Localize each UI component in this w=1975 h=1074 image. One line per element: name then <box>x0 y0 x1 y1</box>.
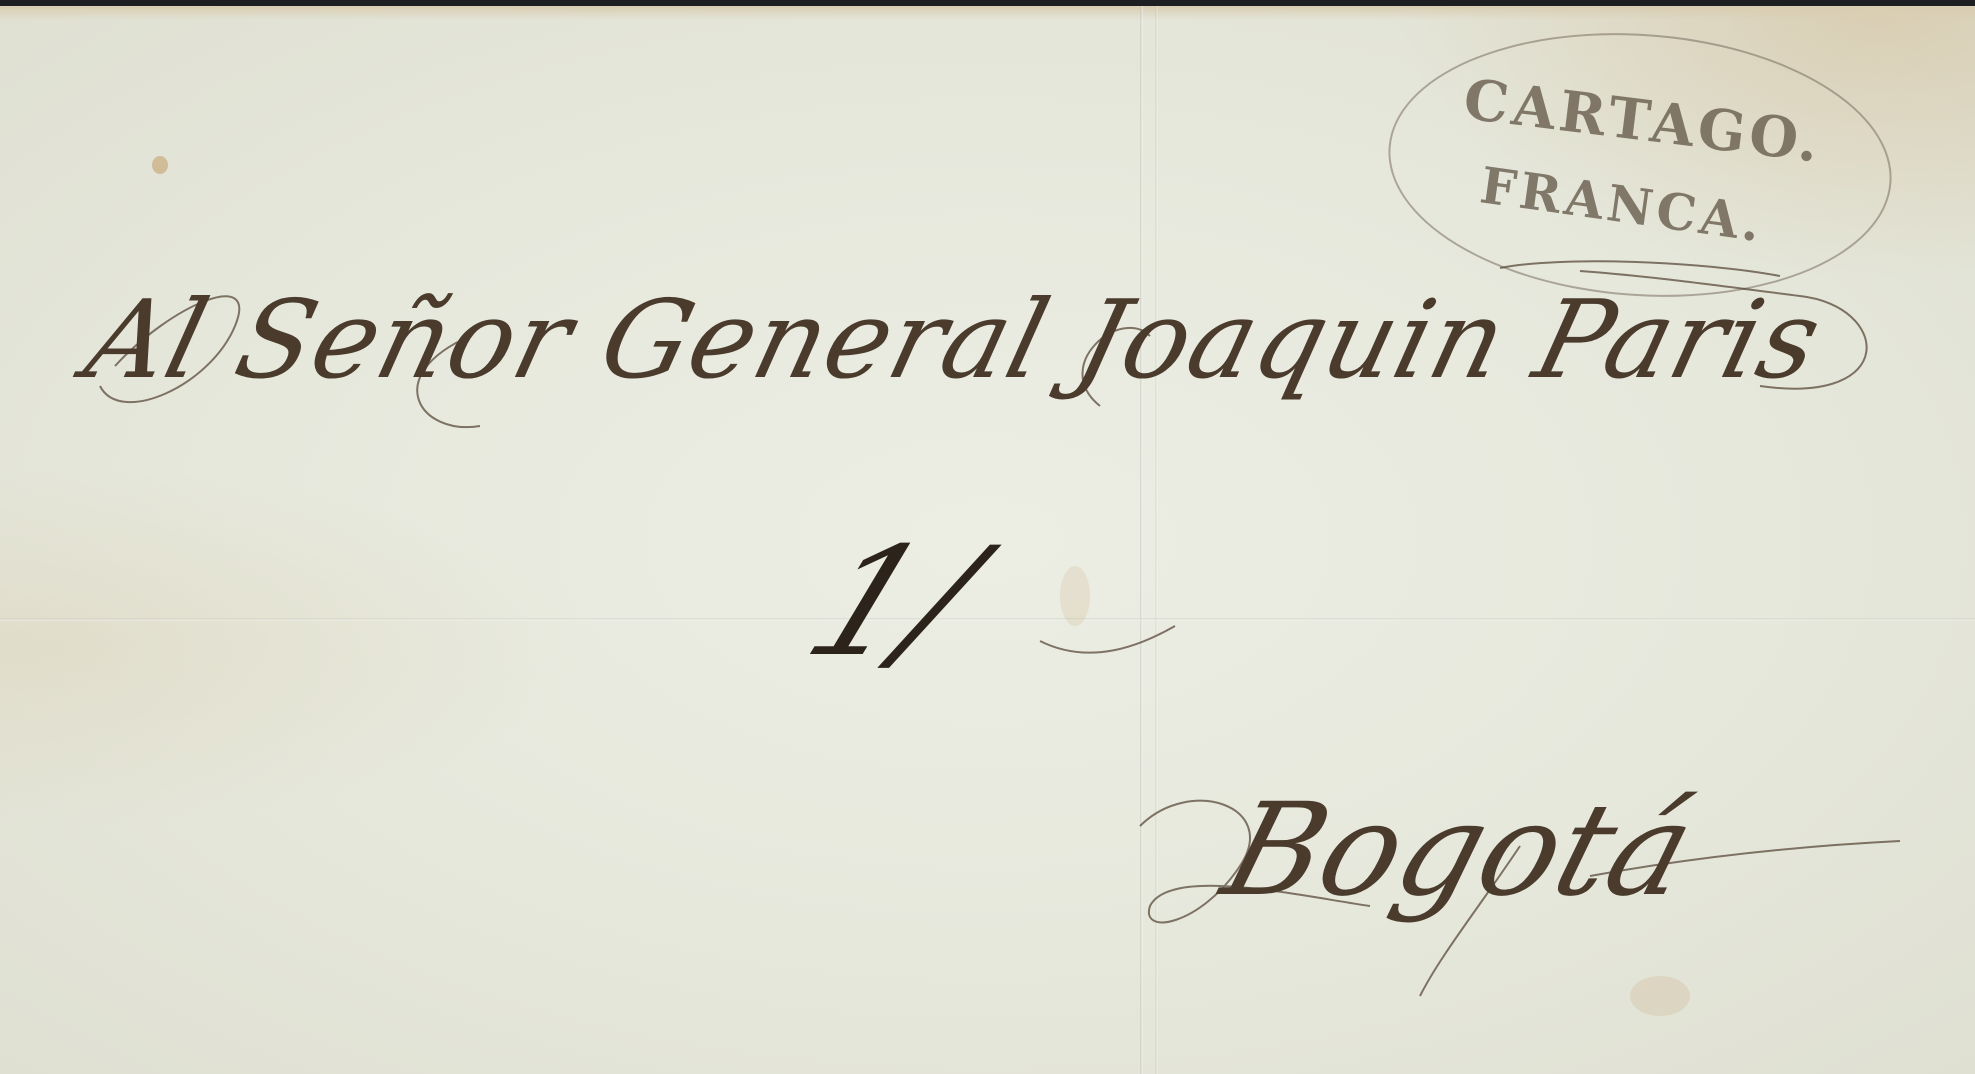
addressee-name: Al Señor General Joaquin Paris <box>74 278 1833 403</box>
letter-paper: CARTAGO. FRANCA. Al Señor General Joaqui… <box>0 6 1975 1074</box>
destination-city: Bogotá <box>1209 776 1710 925</box>
